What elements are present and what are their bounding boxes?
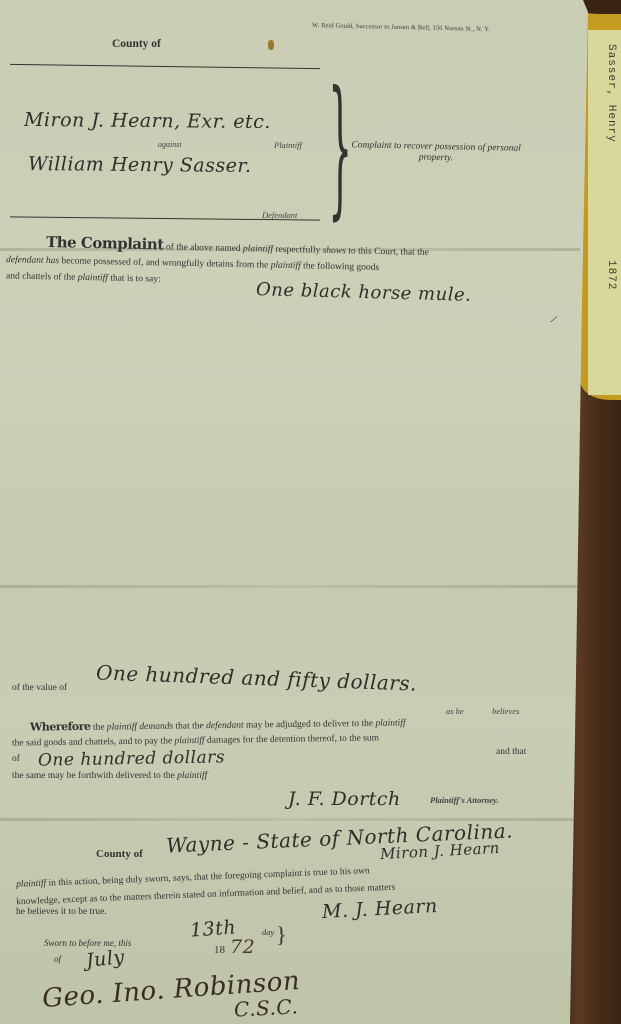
check-mark-icon: / xyxy=(548,312,558,327)
verification-line-3: he believes it to be true. xyxy=(16,906,107,919)
verification-county-label: County of xyxy=(96,848,143,860)
wherefore-heading: Wherefore xyxy=(30,720,91,734)
believes-label: believes xyxy=(492,706,519,716)
value-label: of the value of xyxy=(12,683,67,693)
attorney-label: Plaintiff's Attorney. xyxy=(430,795,499,805)
day-label: day xyxy=(262,927,274,937)
plaintiff-label: Plaintiff xyxy=(274,140,302,150)
attorney-signature: J. F. Dortch xyxy=(288,788,401,810)
as-he-label: as he xyxy=(446,706,464,716)
affiant-signature: M. J. Hearn xyxy=(322,895,439,923)
goods-description: One black horse mule. xyxy=(256,279,472,306)
folder-tab-year: 1872 xyxy=(597,260,617,290)
document-page: W. Reid Gould, Successor to Jansen & Bel… xyxy=(0,0,588,1024)
folder-tab-name: Sasser, Henry xyxy=(597,44,617,143)
brace-icon: } xyxy=(276,922,287,948)
year-suffix: 72 xyxy=(230,936,255,958)
caption-rule-top xyxy=(10,64,320,69)
of-label: of xyxy=(54,954,61,964)
year-prefix: 18 xyxy=(214,944,225,956)
complaint-heading: The Complaint xyxy=(46,233,164,253)
complaint-line-3: and chattels of the plaintiff that is to… xyxy=(6,270,161,286)
action-title: Complaint to recover possession of perso… xyxy=(336,140,536,166)
brace-icon: } xyxy=(328,72,334,222)
damages-amount: One hundred dollars xyxy=(38,747,225,770)
county-label: County of xyxy=(112,38,161,50)
defendant-name: William Henry Sasser. xyxy=(28,153,252,177)
case-caption: Miron J. Hearn, Exr. etc. against Plaint… xyxy=(10,64,332,226)
clerk-title: C.S.C. xyxy=(233,994,298,1021)
and-that-label: and that xyxy=(496,747,526,757)
wherefore-line-3: of xyxy=(12,753,20,766)
value-amount: One hundred and fifty dollars. xyxy=(96,660,418,695)
ink-stain xyxy=(268,40,274,50)
wherefore-line-4: the same may be forthwith delivered to t… xyxy=(12,770,207,783)
printer-imprint: W. Reid Gould, Successor to Jansen & Bel… xyxy=(312,22,490,33)
plaintiff-name: Miron J. Hearn, Exr. etc. xyxy=(24,109,271,133)
against-label: against xyxy=(158,140,182,149)
jurat-month: July xyxy=(85,946,126,972)
paper-fold xyxy=(0,585,580,588)
